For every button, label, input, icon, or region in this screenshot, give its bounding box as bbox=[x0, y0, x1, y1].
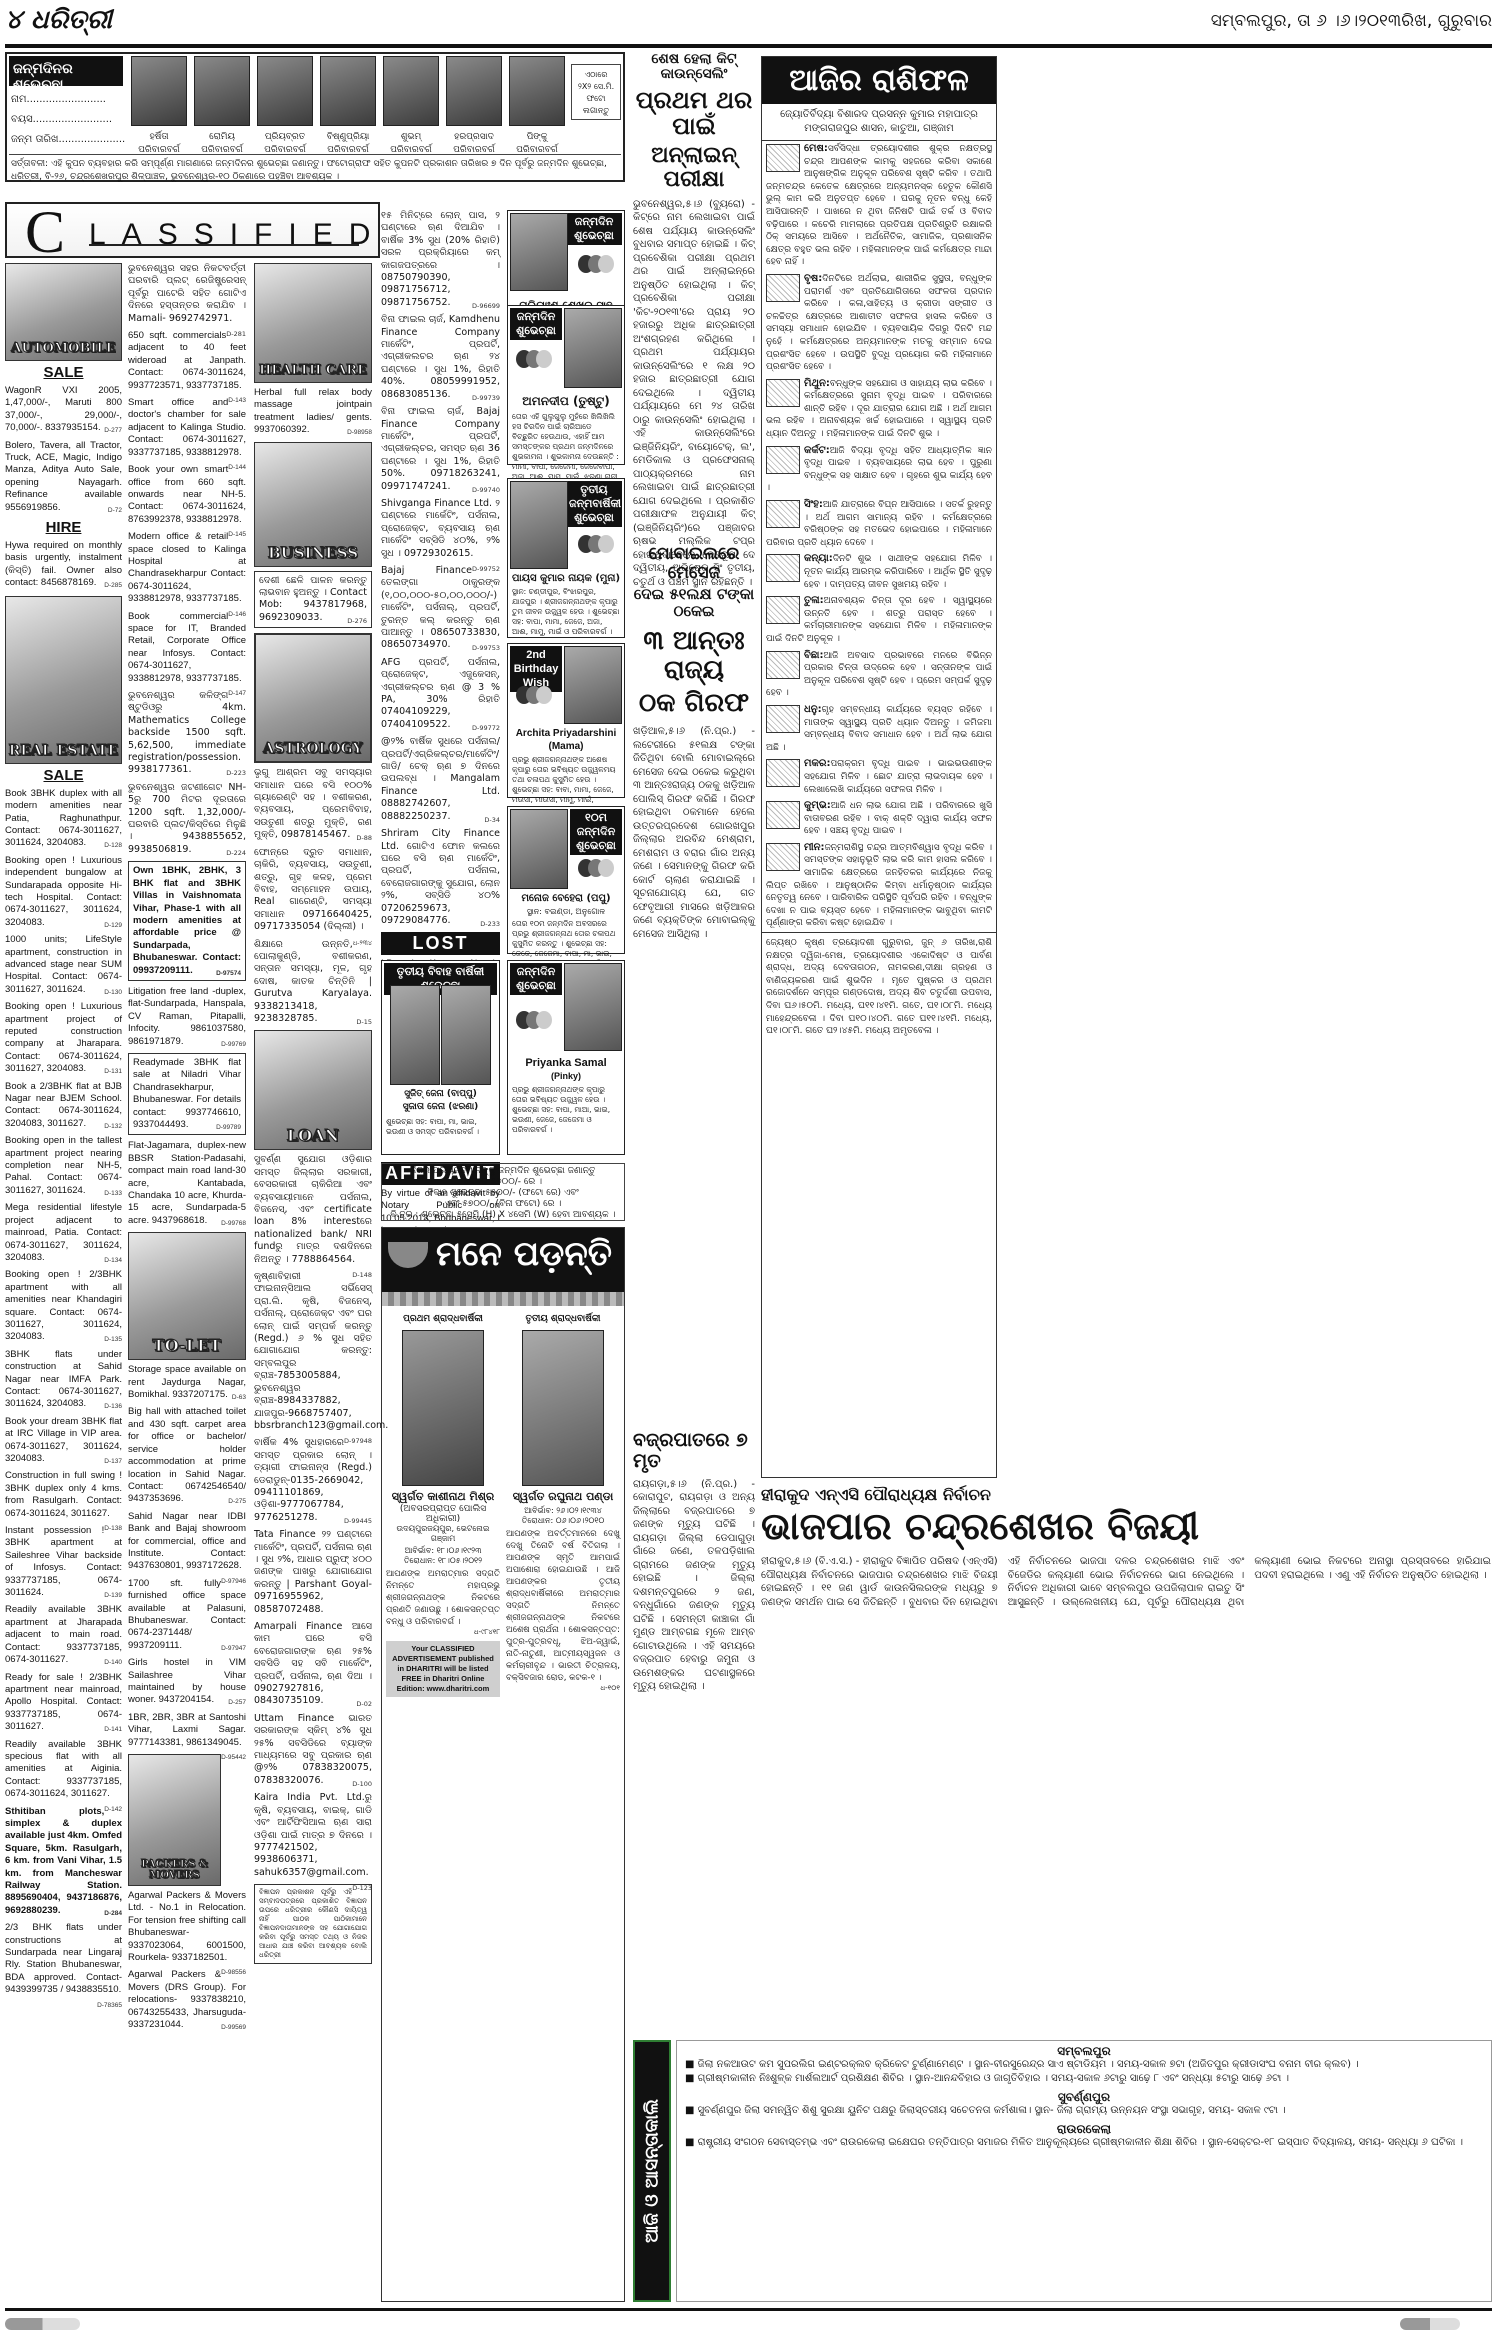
news-headline: ଅନ୍‌ଲାଇନ୍ ପରୀକ୍ଷା bbox=[633, 144, 755, 192]
wish-card: ଜନ୍ମଦିନ ଶୁଭେଚ୍ଛା Priyanka Samal (Pinky) … bbox=[507, 960, 625, 1155]
masthead: ୪ ଧରିତ୍ରୀ ସମ୍ବଲପୁର, ତା ୬ ।୬।୨୦୧୩ରିଖ, ଗୁର… bbox=[5, 5, 1492, 45]
highlight-ad: Own 1BHK, 2BHK, 3 BHK flat and 3BHK Vill… bbox=[128, 861, 246, 981]
portrait-photo bbox=[402, 1330, 484, 1486]
news-headline: ମୋବାଇଲରେ ମେସେଜ bbox=[633, 545, 755, 582]
dob-field: ଜନ୍ମ ତାରିଖ..................... bbox=[11, 134, 125, 145]
classified-ad: Litigation free land -duplex, flat-Sunda… bbox=[128, 986, 246, 1048]
page-label: ୪ ଧରିତ୍ରୀ bbox=[5, 5, 112, 36]
event-item: ■ ରାଷ୍ଟ୍ରୀୟ ସଂଗଠନ ସେବାସ୍ତମ୍ଭ ଏବଂ ରାଉରକେଲ… bbox=[685, 2136, 1483, 2150]
classified-banner: C LASSIFIED bbox=[5, 202, 380, 258]
classified-ad: Hywa required on monthly basis urgently,… bbox=[5, 540, 122, 590]
hire-heading: HIRE bbox=[5, 519, 122, 536]
classified-ad: ସୁବର୍ଣ୍ଣ ସୁଯୋଗ ଓଡ଼ିଶାର ସମସ୍ତ ଜିଲ୍ଲାର ସରକ… bbox=[254, 1154, 372, 1266]
health-care-image: HEALTH CARE bbox=[254, 263, 372, 383]
coupon-terms: ସର୍ତ୍ତାବଳୀ: ଏହି କୁପନ ବ୍ୟବହାର କରି ସମ୍ପୂର୍… bbox=[9, 154, 621, 187]
portrait-photo bbox=[522, 1330, 604, 1486]
wish-card: ତୃତୀୟ ଜନ୍ମବାର୍ଷିକୀ ଶୁଭେଚ୍ଛା ପାୟସ କୁମାର ନ… bbox=[507, 478, 625, 638]
classified-ad: Shivganga Finance Ltd. ୨ ଘଣ୍ଟାରେ ମାର୍କେଟ… bbox=[381, 498, 500, 560]
kid-card: ବିଷ୍ଣୁପ୍ରିୟାପରିବାରବର୍ଗ bbox=[320, 56, 376, 155]
news-headline: ଭାଜପାର ଚନ୍ଦ୍ରଶେଖର ବିଜୟୀ bbox=[761, 1506, 1497, 1548]
sign-taurus: ବୃଷ:ଦିନଟିରେ ଅର୍ଥଲାଭ, ଶାରୀରିକ ସୁସ୍ଥତା, ବନ… bbox=[762, 271, 996, 376]
column-services: HEALTH CARE Herbal full relax body massa… bbox=[254, 263, 372, 1969]
classified-ad: Big hall with attached toilet and 430 sq… bbox=[128, 1406, 246, 1505]
classified-ad: Mega residential lifestyle project adjac… bbox=[5, 1202, 122, 1264]
classified-ad: 1BR, 2BR, 3BR at Santoshi Vihar, Laxmi S… bbox=[128, 1712, 246, 1749]
classified-ad-bold: Sthitiban plots, simplex & duplex availa… bbox=[5, 1806, 122, 1918]
sign-gemini: ମିଥୁନ:ବନ୍ଧୁଙ୍କ ସହଯୋଗ ଓ ସାହାଯ୍ୟ ଲାଭ କରିବେ… bbox=[762, 376, 996, 443]
classified-ad: 1000 units; LifeStyle apartment, constru… bbox=[5, 934, 122, 996]
sign-scorpio: ବିଛା:ଆଜି ଅବସାଦ ପ୍ରଭାବରେ ମନରେ ବିଭିନ୍ନ ପ୍ର… bbox=[762, 648, 996, 702]
news-body: ଖଡ଼ିଆଳ,୫।୬ (ନି.ପ୍ର.) - ଲଟେରୀରେ ୫୧ଲକ୍ଷ ଟଙ… bbox=[633, 725, 755, 941]
event-item: ■ ସୁବର୍ଣ୍ଣପୁର ଜିଲା ସମନ୍ୱିତ ଶିଶୁ ସୁରକ୍ଷା … bbox=[685, 2104, 1483, 2118]
obituary-banner: ମନେ ପଡ଼ନ୍ତି bbox=[382, 1228, 624, 1306]
wish-photo bbox=[510, 809, 568, 889]
news-mobile-fraud: ମୋବାଇଲରେ ମେସେଜ ଦେଇ ୫୧ଲକ୍ଷ ଟଙ୍କା ଠକେଇ ୩ ଆ… bbox=[633, 545, 755, 941]
anniversary-card: ତୃତୀୟ ବିବାହ ବାର୍ଷିକୀ ଶୁଭେଚ୍ଛା ସୁଜିତ୍ ଜେନ… bbox=[381, 960, 500, 1155]
obituary-section: ମନେ ପଡ଼ନ୍ତି ପ୍ରଥମ ଶ୍ରାଦ୍ଧବାର୍ଷିକୀ ସ୍ୱର୍ଗ… bbox=[381, 1227, 625, 2302]
crab-icon bbox=[766, 446, 800, 474]
sign-leo: ସିଂହ:ଆଜି ଯାତ୍ରାରେ ବିଘ୍ନ ଆସିପାରେ । ସତର୍କ … bbox=[762, 497, 996, 551]
classified-ad: Book your dream 3BHK flat at IRC Village… bbox=[5, 1416, 122, 1466]
kid-card: ପ୍ରିୟବ୍ରତପରିବାରବର୍ଗ bbox=[257, 56, 313, 155]
classified-ad: Readily available 3BHK specious flat wit… bbox=[5, 1739, 122, 1801]
wish-photo bbox=[510, 213, 568, 291]
classified-ad: Modern office & retail space closed to K… bbox=[128, 531, 246, 605]
kid-card: ହର୍ଷିତାପରିବାରବର୍ଗ bbox=[131, 56, 187, 155]
to-let-image: TO-LET bbox=[128, 1232, 246, 1360]
husband-photo bbox=[390, 985, 440, 1085]
classified-ad: Ready for sale ! 2/3BHK apartment near m… bbox=[5, 1672, 122, 1734]
classified-ad: 2/3 BHK flats under constructions at Sun… bbox=[5, 1922, 122, 1996]
wish-photo bbox=[564, 308, 622, 388]
kid-card: ରୋମିୟପରିବାରବର୍ଗ bbox=[194, 56, 250, 155]
wish-photo bbox=[564, 963, 622, 1051]
lion-icon bbox=[766, 500, 800, 528]
panjika-almanac: ଜ୍ୟେଷ୍ଠ କୃଷ୍ଣ ତ୍ରୟୋଦଶୀ ଗୁରୁବାର, ଜୁନ୍ ୬ ତ… bbox=[762, 932, 996, 1040]
news-headline: ୩ ଆନ୍ତଃ ରାଜ୍ୟ bbox=[633, 627, 755, 684]
wish-photo bbox=[564, 646, 622, 724]
kid-photo bbox=[131, 56, 187, 126]
water-bearer-icon bbox=[766, 801, 800, 829]
sign-capricorn: ମକର:ପରାକ୍ରମ ବୃଦ୍ଧି ପାଇବ । ଭାଇଭଉଣୀଙ୍କ ସହଯ… bbox=[762, 756, 996, 798]
wish-photo bbox=[510, 481, 568, 569]
sign-sagittarius: ଧନୁ:ଗୃହ ସମ୍ବନ୍ଧୀୟ କାର୍ଯ୍ୟରେ ବ୍ୟସ୍ତ ରହିବେ… bbox=[762, 702, 996, 756]
classified-ad: ୧୫ ମିନିଟ୍‌ରେ ଲୋନ୍ ପାସ, ୨ ଘଣ୍ଟାରେ ଋଣ ଦିଆଯ… bbox=[381, 210, 500, 309]
classified-ad: Kaira India Pvt. Ltd.ରୁ କୃଷି, ବ୍ୟବସାୟ, ବ… bbox=[254, 1792, 372, 1879]
top-rule bbox=[5, 44, 1492, 48]
disclaimer-box: ବିଜ୍ଞାପନ ପ୍ରକାଶନ ପୂର୍ବରୁ ଏହି ସମ୍ବାଦପତ୍ରର… bbox=[254, 1884, 372, 1964]
bottom-rule bbox=[5, 2308, 1492, 2311]
news-kicker: ଶେଷ ହେଲା କିଟ୍ କାଉନ୍‌ସେଲିଂ bbox=[633, 52, 755, 83]
obituary-title: ମନେ ପଡ଼ନ୍ତି bbox=[436, 1234, 612, 1274]
horoscope-title: ଆଜିର ରାଶିଫଳ bbox=[762, 57, 996, 104]
online-edition-promo: Your CLASSIFIED ADVERTISEMENT published … bbox=[386, 1641, 500, 1697]
classified-ad: Book commercial space for IT, Branded Re… bbox=[128, 611, 246, 685]
news-body: ଭୁବନେଶ୍ୱର,୫।୬ (ବ୍ୟୁରୋ) - କିଟ୍‌ରେ ନାମ ଲେଖ… bbox=[633, 198, 755, 590]
classified-ad: Book a 2/3BHK flat at BJB Nagar near BJE… bbox=[5, 1081, 122, 1131]
sale-heading: SALE bbox=[5, 767, 122, 784]
kid-photo bbox=[320, 56, 376, 126]
wish-card: ଜନ୍ମଦିନ ଶୁଭେଚ୍ଛା ଅମନଦୀପ (ତୁଷ୍ଟୁ) ତୋର ଏହି… bbox=[507, 305, 625, 465]
classified-ad: Herbal full relax body massage jointpain… bbox=[254, 387, 372, 437]
obituary-left: ପ୍ରଥମ ଶ୍ରାଦ୍ଧବାର୍ଷିକୀ ସ୍ୱର୍ଗତ କାଶୀନାଥ ମି… bbox=[386, 1314, 500, 1697]
classified-ad: Flat-Jagamara, duplex-new BBSR Station-P… bbox=[128, 1140, 246, 1227]
news-headline: ବଜ୍ରପାତରେ ୭ ମୃତ bbox=[633, 1430, 755, 1472]
banner-word: LASSIFIED bbox=[89, 218, 386, 252]
coupon-title: ଜନ୍ମଦିନର ଶୁଭେଚ୍ଛା bbox=[9, 56, 123, 86]
classified-ad: Girls hostel in VIM Sailashree Vihar mai… bbox=[128, 1657, 246, 1707]
page-marker-right bbox=[1400, 2318, 1460, 2330]
goat-icon bbox=[766, 759, 800, 787]
obituary-right: ତୃତୀୟ ଶ୍ରାଦ୍ଧବାର୍ଷିକୀ ସ୍ୱର୍ଗତ ରଘୁନାଥ ପଣ୍… bbox=[506, 1314, 620, 1693]
name-field: ନାମ......................... bbox=[11, 94, 106, 105]
classified-ad: ଫୋନ୍‌ରେ ଦ୍ରୁତ ସମାଧାନ, ଚାକିରି, ବ୍ୟବସାୟ, ସ… bbox=[254, 847, 372, 934]
wish-card: ୧୦ମ ଜନ୍ମଦିନ ଶୁଭେଚ୍ଛା ମନୋଜ ବେହେରା (ପପୁ) ସ… bbox=[507, 806, 625, 954]
sign-aquarius: କୁମ୍ଭ:ଆଜି ଧନ ଲାଭ ଯୋଗ ଅଛି । ପରିବାରରେ ଖୁସି… bbox=[762, 798, 996, 840]
news-exam: ଶେଷ ହେଲା କିଟ୍ କାଉନ୍‌ସେଲିଂ ପ୍ରଥମ ଥର ପାଇଁ … bbox=[633, 52, 755, 589]
classified-ad: Construction in full swing ! 3BHK duplex… bbox=[5, 1470, 122, 1520]
classified-ad: Booking open ! 2/3BHK apartment with all… bbox=[5, 1269, 122, 1343]
scorpion-icon bbox=[766, 651, 800, 679]
kid-photo bbox=[383, 56, 439, 126]
column-automobile-realestate: AUTOMOBILE SALE WagonR VXI 2005, 1,47,00… bbox=[5, 263, 122, 2012]
classified-ad: ବାର୍ଷିକ 4% ସୁଧହାରରେ ସମସ୍ତ ପ୍ରକାର ଲୋନ୍ । … bbox=[254, 1437, 372, 1524]
page-marker-left bbox=[5, 2318, 80, 2330]
kid-card: ହରପ୍ରସାଦପରିବାରବର୍ଗ bbox=[446, 56, 502, 155]
classified-ad: ଭୃଗୁ ଆଶ୍ରମ ସବୁ ସମସ୍ୟାର ସମାଧାନ ଘରେ ବସି ୧୦… bbox=[254, 767, 372, 841]
fish-icon bbox=[766, 843, 800, 871]
classified-ad: 3BHK flats under construction at Sahid N… bbox=[5, 1349, 122, 1411]
classified-ad: ଭୁବନେଶ୍ୱର ସହର ନିକଟବର୍ତ୍ତୀ ଘରବାରି ପ୍ଲଟ୍ ର… bbox=[128, 263, 246, 325]
event-item: ■ ଜିଲା ନକଆଉଟ କମ ସୁପରଲିଗ ଇଣ୍ଟରକ୍ଲବ କ୍ରିକେ… bbox=[685, 2058, 1483, 2072]
boxed-ad: Readymade 3BHK flat sale at Niladri Viha… bbox=[128, 1053, 246, 1135]
classified-ad: AFG ପ୍ରପର୍ଟି, ପର୍ସନାଲ, ପ୍ରୋଜେକ୍ଟ, ଏଜୁକେସ… bbox=[381, 657, 500, 731]
dateline: ସମ୍ବଲପୁର, ତା ୬ ।୬।୨୦୧୩ରିଖ, ଗୁରୁବାର bbox=[1211, 11, 1492, 31]
event-item: ■ ଗ୍ରୀଷ୍ମକାଳୀନ ନିଃଶୁଳ୍କ ମାର୍ଶଲଆର୍ଟ ପ୍ରଶି… bbox=[685, 2072, 1483, 2086]
sign-cancer: କର୍କଟ:ଆଜି ବିଦ୍ୟା ବୃଦ୍ଧି ସହିତ ଆଧ୍ୟାତ୍ମିକ … bbox=[762, 443, 996, 497]
news-body: ରାୟଗଡ଼ା,୫।୬ (ନି.ପ୍ର.) - କୋରାପୁଟ, ରାୟଗଡ଼ା… bbox=[633, 1478, 755, 1694]
classified-ad: Booking open ! Luxurious independent bun… bbox=[5, 855, 122, 929]
event-city: ରାଉରକେଲା bbox=[685, 2122, 1483, 2136]
banner-initial: C bbox=[25, 198, 65, 267]
classified-ad: ଶିକ୍ଷାରେ ଉନ୍ନତି, ପୋଲାକୁଣ୍ଡି, ବଶୀକରଣ, ସନ୍… bbox=[254, 939, 372, 1026]
classified-ad: Agarwal Packers & Movers Ltd. - No.1 in … bbox=[128, 1890, 246, 1964]
wish-card: 2nd Birthday Wish Archita Priyadarshini … bbox=[507, 643, 625, 798]
ram-icon bbox=[766, 144, 800, 172]
classified-ad: Storage space available on rent Jaydurga… bbox=[128, 1364, 246, 1401]
twins-icon bbox=[766, 379, 800, 407]
news-kicker: ହୀରାକୁଦ ଏନ୍‌ଏସି ପୌରାଧ୍ୟକ୍ଷ ନିର୍ବାଚନ bbox=[761, 1486, 1497, 1504]
news-headline: ପ୍ରଥମ ଥର ପାଇଁ bbox=[633, 87, 755, 140]
greeting-rates-box: ନିଜର ପ୍ରିୟଜନମାନଙ୍କୁ ଜନ୍ମଦିନ ଶୁଭେଚ୍ଛା ଜଣା… bbox=[381, 1163, 625, 1221]
automobile-image: AUTOMOBILE bbox=[5, 263, 122, 361]
classified-ad: Book 3BHK duplex with all modern ameniti… bbox=[5, 788, 122, 850]
lost-heading: LOST bbox=[381, 932, 500, 955]
news-election: ହୀରାକୁଦ ଏନ୍‌ଏସି ପୌରାଧ୍ୟକ୍ଷ ନିର୍ବାଚନ ଭାଜପ… bbox=[761, 1486, 1497, 1695]
scales-icon bbox=[766, 596, 800, 624]
classified-ad: ଭୁବନେଶ୍ୱର ଜଟଣୀଗେଟ NH-5ରୁ 700 ମିଟର ଦୂରତାର… bbox=[128, 782, 246, 856]
astrology-image: ASTROLOGY bbox=[254, 633, 372, 763]
classified-ad: କୃଷ୍ଣାବିହାରୀ ଫାଇନାନ୍ସିଆଲ ସର୍ଭିସେସ୍ ପ୍ରା.… bbox=[254, 1271, 372, 1432]
classified-ad: Sahid Nagar near IDBI Bank and Bajaj sho… bbox=[128, 1511, 246, 1573]
sign-pisces: ମୀନ:ଜନ୍ମରାଶିସ୍ଥ ଚନ୍ଦ୍ର ଆତ୍ମବିଶ୍ୱାସ ବୃଦ୍ଧ… bbox=[762, 840, 996, 932]
events-side-label: ଆଜି ଓ ଆସନ୍ତାକାଲି bbox=[633, 2040, 671, 2302]
classified-ad: Bolero, Tavera, all Tractor, Truck, ACE,… bbox=[5, 440, 122, 514]
sale-heading: SALE bbox=[5, 364, 122, 381]
real-estate-image: REAL ESTATE bbox=[5, 596, 122, 764]
kid-card: ଶୁଭମ୍ପରିବାରବର୍ଗ bbox=[383, 56, 439, 155]
maiden-icon bbox=[766, 554, 800, 582]
column-property: ଭୁବନେଶ୍ୱର ସହର ନିକଟବର୍ତ୍ତୀ ଘରବାରି ପ୍ଲଟ୍ ର… bbox=[128, 263, 246, 2037]
archer-icon bbox=[766, 705, 800, 733]
classified-ad: Booking open ! Luxurious apartment proje… bbox=[5, 1001, 122, 1075]
business-image: BUSINESS bbox=[254, 442, 372, 567]
lamp-icon bbox=[388, 1242, 428, 1268]
boxed-ad: ଦେଶୀ ଛେଳି ପାଳନ କରନ୍ତୁ ଲାଭବାନ ହୁଅନ୍ତୁ । C… bbox=[254, 571, 372, 629]
classified-ad: ଭୁବନେଶ୍ୱର କଳିଙ୍ଗ ଷ୍ଟୁଡିଓରୁ 4km. Mathemat… bbox=[128, 690, 246, 777]
classified-ad: ବିନା ଫାଇଲ ଚାର୍ଜ, Bajaj Finance Company ମ… bbox=[381, 406, 500, 493]
classified-ad: Amarpali Finance ଆସେ କାମ ଘରେ ବସି ବେରୋଜଗା… bbox=[254, 1621, 372, 1708]
classified-ad: Booking open in the tallest apartment pr… bbox=[5, 1135, 122, 1197]
horoscope-author: ଜ୍ୟୋତିର୍ବିଦ୍ୟା ବିଶାରଦ ପ୍ରସନ୍ନ କୁମାର ମହାପ… bbox=[762, 104, 996, 141]
loan-image: LOAN bbox=[254, 1030, 372, 1150]
kid-photo bbox=[509, 56, 565, 126]
classified-ad: Bajaj Finance ତେଲଙ୍ଗା ଠାକୁରଙ୍କ (୧,୦୦,୦୦୦… bbox=[381, 565, 500, 652]
classified-ad: Uttam Finance ଭାରତ ସରକାରଙ୍କ ସ୍କିମ୍ ୪% ସୁ… bbox=[254, 1713, 372, 1787]
sign-libra: ତୁଳା:ଅନାବଶ୍ୟକ ଚିନ୍ତା ଦୂର ହେବ । ସ୍ୱାସ୍ଥ୍ୟ… bbox=[762, 593, 996, 647]
kid-photo bbox=[194, 56, 250, 126]
wife-photo bbox=[441, 985, 491, 1085]
events-box: ସମ୍ବଲପୁର ■ ଜିଲା ନକଆଉଟ କମ ସୁପରଲିଗ ଇଣ୍ଟରକ୍… bbox=[676, 2040, 1492, 2302]
news-headline: ଦେଇ ୫୧ଲକ୍ଷ ଟଙ୍କା ଠକେଇ bbox=[633, 586, 755, 619]
sign-virgo: କନ୍ୟା:ଦିନଟି ଶୁଭ । ସାଥୀଙ୍କ ସହଯୋଗ ମିଳିବ । … bbox=[762, 551, 996, 593]
classified-ad: 1700 sft. fully furnished office space a… bbox=[128, 1578, 246, 1652]
sign-aries: ମେଷ:ସର୍ବସିଦ୍ଧା ତ୍ରୟୋଦଶୀର ଶୁକ୍ର ନକ୍ଷତ୍ରସ୍… bbox=[762, 141, 996, 271]
kid-photo bbox=[257, 56, 313, 126]
news-lightning: ବଜ୍ରପାତରେ ୭ ମୃତ ରାୟଗଡ଼ା,୫।୬ (ନି.ପ୍ର.) - … bbox=[633, 1430, 755, 1694]
event-city: ସମ୍ବଲପୁର bbox=[685, 2044, 1483, 2058]
photo-slot: ଏଠାରେ ୨X୨ ସେ.ମି. ଫଟୋ ଲଗାନ୍ତୁ bbox=[571, 64, 621, 120]
classified-ad: Instant possession ! 3BHK apartment at S… bbox=[5, 1525, 122, 1599]
kid-photo bbox=[446, 56, 502, 126]
news-body: ହୀରାକୁଦ,୫।୬ (ବି.ଏ.ସ.) - ହୀରାକୁଦ ବିଜ୍ଞାପି… bbox=[761, 1555, 1491, 1695]
horoscope-section: ଆଜିର ରାଶିଫଳ ଜ୍ୟୋତିର୍ବିଦ୍ୟା ବିଶାରଦ ପ୍ରସନ୍… bbox=[761, 56, 997, 1478]
classified-ad: Shriram City Finance Ltd. ଗୋଟିଏ ଫୋନ କଲରେ… bbox=[381, 828, 500, 927]
classified-ad: @୨% ବାର୍ଷିକ ସୁଧରେ ପର୍ସନାଲ/ ପ୍ରପର୍ଟି/ଏଗ୍ର… bbox=[381, 736, 500, 823]
classified-ad: WagonR VXI 2005, 1,47,000/-, Maruti 800 … bbox=[5, 385, 122, 435]
bull-icon bbox=[766, 274, 800, 302]
birthday-coupon: ଜନ୍ମଦିନର ଶୁଭେଚ୍ଛା ନାମ...................… bbox=[5, 52, 625, 182]
age-field: ବୟସ......................... bbox=[11, 114, 112, 125]
kid-card: ପିଙ୍କୁପରିବାରବର୍ଗ bbox=[509, 56, 565, 155]
classified-ad: Tata Finance ୨୨ ଘଣ୍ଟାରେ ମାର୍କେଟିଂ, ପ୍ରପର… bbox=[254, 1529, 372, 1616]
event-city: ସୁବର୍ଣ୍ଣପୁର bbox=[685, 2090, 1483, 2104]
classified-ad: ବିନା ଫାଇଲ ଚାର୍ଜ, Kamdhenu Finance Compan… bbox=[381, 314, 500, 401]
news-headline: ଠକ ଗିରଫ bbox=[633, 689, 755, 718]
packers-movers-image: PACKERS & MOVERS bbox=[128, 1754, 221, 1886]
classified-ad: Readily available 3BHK apartment at Jhar… bbox=[5, 1604, 122, 1666]
